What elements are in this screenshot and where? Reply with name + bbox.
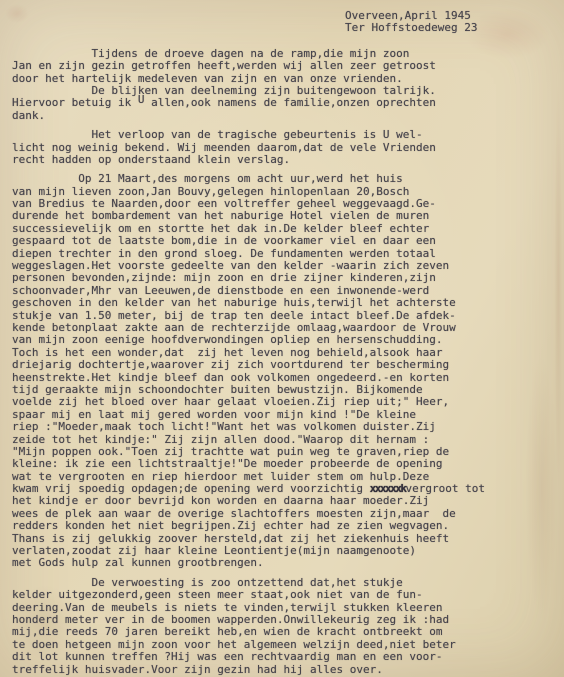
- text-segment: tijd geraakte mijn schoondochter buiten …: [12, 383, 423, 396]
- text-segment: geschoven in den kelder van het naburige…: [12, 296, 456, 309]
- text-segment: wat te vergrooten en riep hierdoor met l…: [12, 470, 429, 483]
- text-segment: Thans is zij gelukkig zoover hersteld,da…: [12, 532, 449, 545]
- text-segment: diepen trechter in den grond sloeg. De f…: [12, 247, 436, 260]
- text-segment: Op 21 Maart,des morgens om acht uur,werd…: [12, 172, 403, 185]
- text-segment: mij,die reeds 70 jaren bereikt heb,en wi…: [12, 625, 442, 638]
- text-segment: heenstrekte.Het kindje bleef dan ook vol…: [12, 371, 449, 384]
- text-segment: stukje van 1.50 meter, bij de trap ten d…: [12, 309, 456, 322]
- text-segment: treffelijk huisvader.Voor zijn gezin had…: [12, 663, 383, 676]
- text-segment: De verwoesting is zoo ontzettend dat,het…: [12, 576, 403, 589]
- text-segment: honderd meter ver in de boomen wapperden…: [12, 613, 449, 626]
- text-segment: verlaten,zoodat zij haar kleine Leontien…: [12, 544, 416, 557]
- text-segment: personen bevonden,zijnde: mijn zoon en d…: [12, 271, 436, 284]
- letter-body: Tijdens de droeve dagen na de ramp,die m…: [12, 48, 564, 676]
- text-segment: schoonvader,Mhr van Leeuwen,de dienstbod…: [12, 284, 429, 297]
- letter-page: Overveen,April 1945 Ter Hoffstoedeweg 23…: [0, 0, 564, 677]
- text-segment: weggeslagen.Het voorste gedeelte van den…: [12, 259, 449, 272]
- text-segment: het kindje er door bevrijd kon worden en…: [12, 494, 429, 507]
- text-segment: van Bredius te Naarden,door een voltreff…: [12, 197, 436, 210]
- text-segment: kleine: ik zie een lichtstraaltje!"De mo…: [12, 457, 442, 470]
- typed-overstrike: xxxxxxk: [370, 482, 406, 495]
- text-segment: dank.: [12, 109, 45, 122]
- text-segment: Jan en zijn gezin getroffen heeft,werden…: [12, 59, 436, 72]
- text-segment: successievelijk om en stortte het dak in…: [12, 222, 429, 235]
- text-segment: De blijken van deelneming zijn buitengew…: [12, 84, 436, 97]
- letter-line: met Gods hulp zal kunnen grootbrengen.: [12, 557, 564, 569]
- raised-character: U: [138, 93, 145, 106]
- paragraph: Op 21 Maart,des morgens om acht uur,werd…: [12, 173, 564, 570]
- text-segment: durende het bombardement van het naburig…: [12, 209, 429, 222]
- text-segment: allen,ook namens de familie,onzen oprech…: [144, 96, 435, 109]
- letter-line: recht hadden op onderstaand klein versla…: [12, 154, 564, 166]
- text-segment: kende betonplaat zakte aan de rechterzij…: [12, 321, 456, 334]
- text-segment: driejarig dochtertje,waarover zij zich v…: [12, 358, 449, 371]
- text-segment: gespaard tot de laatste bom,die in de vo…: [12, 234, 436, 247]
- text-segment: spaar mij en laat mij gered worden voor …: [12, 408, 416, 421]
- text-segment: Toch is het een wonder,dat zij het leven…: [12, 346, 442, 359]
- text-segment: Tijdens de droeve dagen na de ramp,die m…: [12, 47, 409, 60]
- text-segment: met Gods hulp zal kunnen grootbrengen.: [12, 556, 264, 569]
- text-segment: Het verloop van de tragische gebeurtenis…: [12, 128, 423, 141]
- paragraph: Tijdens de droeve dagen na de ramp,die m…: [12, 48, 564, 122]
- paragraph: De verwoesting is zoo ontzettend dat,het…: [12, 577, 564, 676]
- text-segment: kelder uitgezonderd,geen steen meer staa…: [12, 588, 423, 601]
- text-segment: vergroot tot: [405, 482, 484, 495]
- text-segment: te doen hetgeen mijn zoon voor het algem…: [12, 638, 456, 651]
- letter-line: dank.: [12, 110, 564, 122]
- letter-header: Overveen,April 1945 Ter Hoffstoedeweg 23: [12, 10, 564, 35]
- text-segment: voelde zij het bloed over haar gelaat vl…: [12, 395, 449, 408]
- text-segment: licht nog weinig bekend. Wij meenden daa…: [12, 141, 436, 154]
- header-address: Ter Hoffstoedeweg 23: [345, 22, 564, 34]
- text-segment: Hiervoor betuig ik: [12, 96, 138, 109]
- text-segment: van mijn lieven zoon,Jan Bouvy,gelegen h…: [12, 185, 409, 198]
- text-segment: dit lot kunnen treffen ?Hij was een rech…: [12, 650, 442, 663]
- text-segment: zeide tot het kindje:" Zij zijn allen do…: [12, 433, 429, 446]
- text-segment: "Mijn poppen ook."Toen zij trachtte wat …: [12, 445, 449, 458]
- text-segment: recht hadden op onderstaand klein versla…: [12, 153, 290, 166]
- text-segment: door het hartelijk medeleven van zijn en…: [12, 72, 403, 85]
- letter-line: treffelijk huisvader.Voor zijn gezin had…: [12, 664, 564, 676]
- text-segment: van mijn zoon eenige hoofdverwondingen o…: [12, 333, 442, 346]
- text-segment: deering.Van de meubels is niets te vinde…: [12, 601, 442, 614]
- paragraph: Het verloop van de tragische gebeurtenis…: [12, 129, 564, 166]
- text-segment: kwam vrij spoedig opdagen;de opening wer…: [12, 482, 370, 495]
- letter-line: Hiervoor betuig ik U allen,ook namens de…: [12, 97, 564, 109]
- text-segment: riep :"Moeder,maak toch licht!"Want het …: [12, 420, 436, 433]
- text-segment: redders konden het niet begrijpen.Zij ec…: [12, 519, 449, 532]
- text-segment: wees de plek aan waar de overige slachto…: [12, 507, 456, 520]
